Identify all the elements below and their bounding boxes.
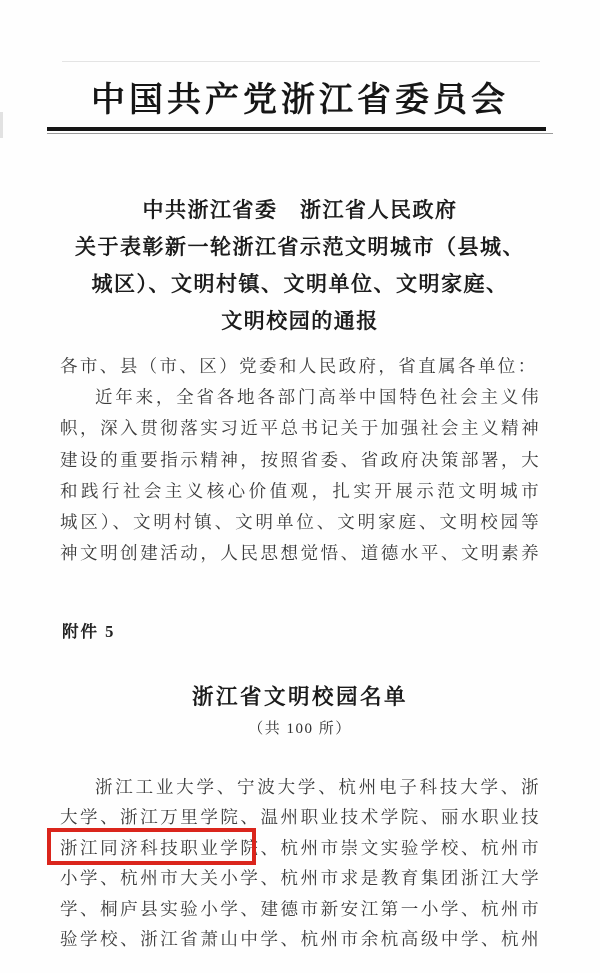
- roster-line: 小学、杭州市大关小学、杭州市求是教育集团浙江大学附属小: [60, 863, 541, 893]
- roster-line: 学、桐庐县实验小学、建德市新安江第一小学、杭州市采荷实: [60, 894, 541, 924]
- notice-salutation: 各市、县（市、区）党委和人民政府，省直属各单位：: [60, 351, 541, 382]
- notice-body-line: 近年来，全省各地各部门高举中国特色社会主义伟大旗: [60, 382, 541, 413]
- document-title-line: 关于表彰新一轮浙江省示范文明城市（县城、: [40, 229, 560, 266]
- letterhead-rule-thick: [47, 127, 546, 131]
- scanned-document-page: 中国共产党浙江省委员会 中共浙江省委 浙江省人民政府 关于表彰新一轮浙江省示范文…: [0, 0, 600, 973]
- highlight-red-box: [47, 828, 256, 865]
- document-title-line: 中共浙江省委 浙江省人民政府: [40, 192, 560, 229]
- document-title: 中共浙江省委 浙江省人民政府 关于表彰新一轮浙江省示范文明城市（县城、 城区）、…: [40, 192, 560, 340]
- notice-body-line: 神文明创建活动，人民思想觉悟、道德水平、文明素养和社会: [60, 538, 541, 569]
- notice-body-line: 帜，深入贯彻落实习近平总书记关于加强社会主义精神文明: [60, 413, 541, 444]
- attachment-title: 浙江省文明校园名单: [40, 680, 560, 711]
- notice-body: 各市、县（市、区）党委和人民政府，省直属各单位： 近年来，全省各地各部门高举中国…: [60, 351, 541, 569]
- document-title-line: 城区）、文明村镇、文明单位、文明家庭、: [40, 266, 560, 303]
- scan-artifact-line: [62, 61, 540, 62]
- roster-line: 验学校、浙江省萧山中学、杭州市余杭高级中学、杭州市文海: [60, 924, 541, 954]
- roster-line: 浙江工业大学、宁波大学、杭州电子科技大学、浙江工商: [60, 772, 541, 802]
- attachment-label: 附件 5: [62, 618, 115, 642]
- letterhead-rule-thin: [47, 133, 553, 134]
- attachment-subtitle: （共 100 所）: [40, 717, 560, 738]
- notice-body-line: 和践行社会主义核心价值观，扎实开展示范文明城市（县城、: [60, 476, 541, 507]
- letterhead-org-name: 中国共产党浙江省委员会: [0, 72, 600, 121]
- notice-body-line: 城区）、文明村镇、文明单位、文明家庭、文明校园等群众性精: [60, 507, 541, 538]
- document-title-line: 文明校园的通报: [40, 303, 560, 340]
- notice-body-line: 建设的重要指示精神，按照省委、省政府决策部署，大力培育: [60, 445, 541, 476]
